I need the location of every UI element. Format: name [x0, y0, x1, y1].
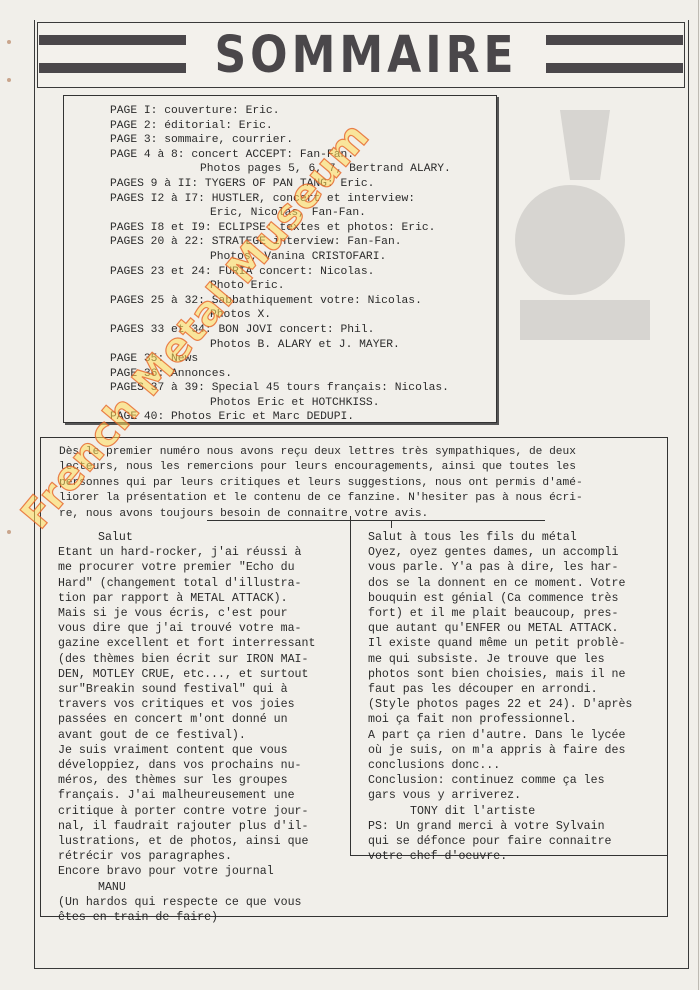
letter-line: passées en concert m'ont donné un: [58, 712, 353, 727]
toc-entry: PAGES I8 et I9: ECLIPSE: textes et photo…: [110, 221, 451, 236]
intro-line: liorer la présentation et le contenu de …: [59, 491, 659, 506]
letter-line: vous dire que j'ai trouvé votre ma-: [58, 621, 353, 636]
letter-line: conclusions donc...: [368, 758, 668, 773]
toc-entry: PAGE 35: News: [110, 352, 451, 367]
letter-line: dos se la donnent en ce moment. Votre: [368, 576, 668, 591]
toc-entry: PAGES 23 et 24: FURIA concert: Nicolas.: [110, 265, 451, 280]
letter-line: travers vos critiques et vos joies: [58, 697, 353, 712]
toc-entry: PAGES I2 à I7: HUSTLER, concert et inter…: [110, 192, 451, 207]
letter-line: sur"Breakin sound festival" qui à: [58, 682, 353, 697]
letter-line: gazine excellent et fort interressant: [58, 636, 353, 651]
toc-entry: Photos X.: [110, 308, 451, 323]
intro-paragraph: Dès le premier numéro nous avons reçu de…: [59, 445, 659, 522]
punch-hole: [7, 530, 11, 534]
letter-line: (des thèmes bien écrit sur IRON MAI-: [58, 652, 353, 667]
letter-line: français. J'ai malheureusement une: [58, 788, 353, 803]
intro-line: personnes qui par leurs critiques et leu…: [59, 476, 659, 491]
letter-line: méros, des thèmes sur les groupes: [58, 773, 353, 788]
banner-title-box: SOMMAIRE: [186, 23, 546, 87]
letter-line: rétrécir vos paragraphes.: [58, 849, 353, 864]
toc-entry: PAGE 36: Annonces.: [110, 367, 451, 382]
letter-line: critique à porter contre votre jour-: [58, 804, 353, 819]
toc-entry: PAGES 25 à 32: Sabbathiquement votre: Ni…: [110, 294, 451, 309]
letter-line: que autant qu'ENFER ou METAL ATTACK.: [368, 621, 668, 636]
letter-line: fort) et il me plait beaucoup, pres-: [368, 606, 668, 621]
toc-entry: PAGES 33 et 34: BON JOVI concert: Phil.: [110, 323, 451, 338]
letter-line: tion par rapport à METAL ATTACK).: [58, 591, 353, 606]
letter-line: Salut à tous les fils du métal: [368, 530, 668, 545]
page-edge: [698, 0, 699, 990]
fanzine-page: SOMMAIRE PAGE I: couverture: Eric.PAGE 2…: [0, 0, 700, 990]
toc-entry: PAGE 40: Photos Eric et Marc DEDUPI.: [110, 410, 451, 425]
toc-entry: PAGES 20 à 22: STRATEGE interview: Fan-F…: [110, 235, 451, 250]
letter-line: Conclusion: continuez comme ça les: [368, 773, 668, 788]
letter-line: me qui subsiste. Je trouve que les: [368, 652, 668, 667]
letter-line: Hard" (changement total d'illustra-: [58, 576, 353, 591]
letter-line: Mais si je vous écris, c'est pour: [58, 606, 353, 621]
letter-line: (Style photos pages 22 et 24). D'après: [368, 697, 668, 712]
page-title: SOMMAIRE: [214, 26, 517, 85]
letter-line: Etant un hard-rocker, j'ai réussi à: [58, 545, 353, 560]
letter-line: Il existe quand même un petit problè-: [368, 636, 668, 651]
toc-entry: Photos, Vanina CRISTOFARI.: [110, 250, 451, 265]
letter-manu: Salut Etant un hard-rocker, j'ai réussi …: [58, 530, 353, 925]
punch-hole: [7, 40, 11, 44]
toc-entry: PAGES 37 à 39: Special 45 tours français…: [110, 381, 451, 396]
letter-signature: TONY dit l'artiste: [368, 804, 668, 819]
letter-line: où je suis, on m'a appris à faire des: [368, 743, 668, 758]
letter-line: moi ça fait non professionnel.: [368, 712, 668, 727]
letter-signature: MANU: [58, 880, 353, 895]
toc-entry: Photo Eric.: [110, 279, 451, 294]
toc-entry: Photos B. ALARY et J. MAYER.: [110, 338, 451, 353]
toc-entry: Eric, Nicolas, Fan-Fan.: [110, 206, 451, 221]
letter-line: Je suis vraiment content que vous: [58, 743, 353, 758]
letter-line: lustrations, et de photos, ainsi que: [58, 834, 353, 849]
intro-line: lecteurs, nous les remercions pour leurs…: [59, 460, 659, 475]
toc-entry: PAGES 9 à II: TYGERS OF PAN TANG: Eric.: [110, 177, 451, 192]
toc-entry: Photos Eric et HOTCHKISS.: [110, 396, 451, 411]
letter-line: A part ça rien d'autre. Dans le lycée: [368, 728, 668, 743]
letter-line: vous parle. Y'a pas à dire, les har-: [368, 560, 668, 575]
letter-line: Encore bravo pour votre journal: [58, 864, 353, 879]
letter-line: avant gout de ce festival).: [58, 728, 353, 743]
letter-line: bouquin est génial (Ca commence très: [368, 591, 668, 606]
toc-entry: PAGE 2: éditorial: Eric.: [110, 119, 451, 134]
table-of-contents: PAGE I: couverture: Eric.PAGE 2: éditori…: [63, 95, 497, 423]
letter-line: développiez, dans vos prochains nu-: [58, 758, 353, 773]
letter-line: me procurer votre premier "Echo du: [58, 560, 353, 575]
intro-line: Dès le premier numéro nous avons reçu de…: [59, 445, 659, 460]
toc-entry: PAGE 4 à 8: concert ACCEPT: Fan-Fan.: [110, 148, 451, 163]
letter-line: nal, il faudrait rajouter plus d'il-: [58, 819, 353, 834]
toc-entry: Photos pages 5, 6, 7, Bertrand ALARY.: [110, 162, 451, 177]
letter-postscript: PS: Un grand merci à votre Sylvain: [368, 819, 668, 834]
sommaire-banner: SOMMAIRE: [37, 22, 685, 88]
punch-hole: [7, 78, 11, 82]
letter-line: DEN, MOTLEY CRUE, etc..., et surtout: [58, 667, 353, 682]
letter-line: photos sont bien choisies, mais il ne: [368, 667, 668, 682]
letter-postscript: (Un hardos qui respecte ce que vous: [58, 895, 353, 910]
toc-list: PAGE I: couverture: Eric.PAGE 2: éditori…: [110, 104, 451, 425]
letter-line: gars vous y arriverez.: [368, 788, 668, 803]
letter-line: faut pas les découper en arrondi.: [368, 682, 668, 697]
toc-entry: PAGE I: couverture: Eric.: [110, 104, 451, 119]
letter-tony: Salut à tous les fils du métalOyez, oyez…: [368, 530, 668, 864]
letter-postscript: êtes en train de faire): [58, 910, 353, 925]
letter-line: Oyez, oyez gentes dames, un accompli: [368, 545, 668, 560]
letter-greeting: Salut: [58, 530, 353, 545]
toc-entry: PAGE 3: sommaire, courrier.: [110, 133, 451, 148]
letter-postscript: qui se défonce pour faire connaitre: [368, 834, 668, 849]
letter-postscript: votre chef d'oeuvre.: [368, 849, 668, 864]
